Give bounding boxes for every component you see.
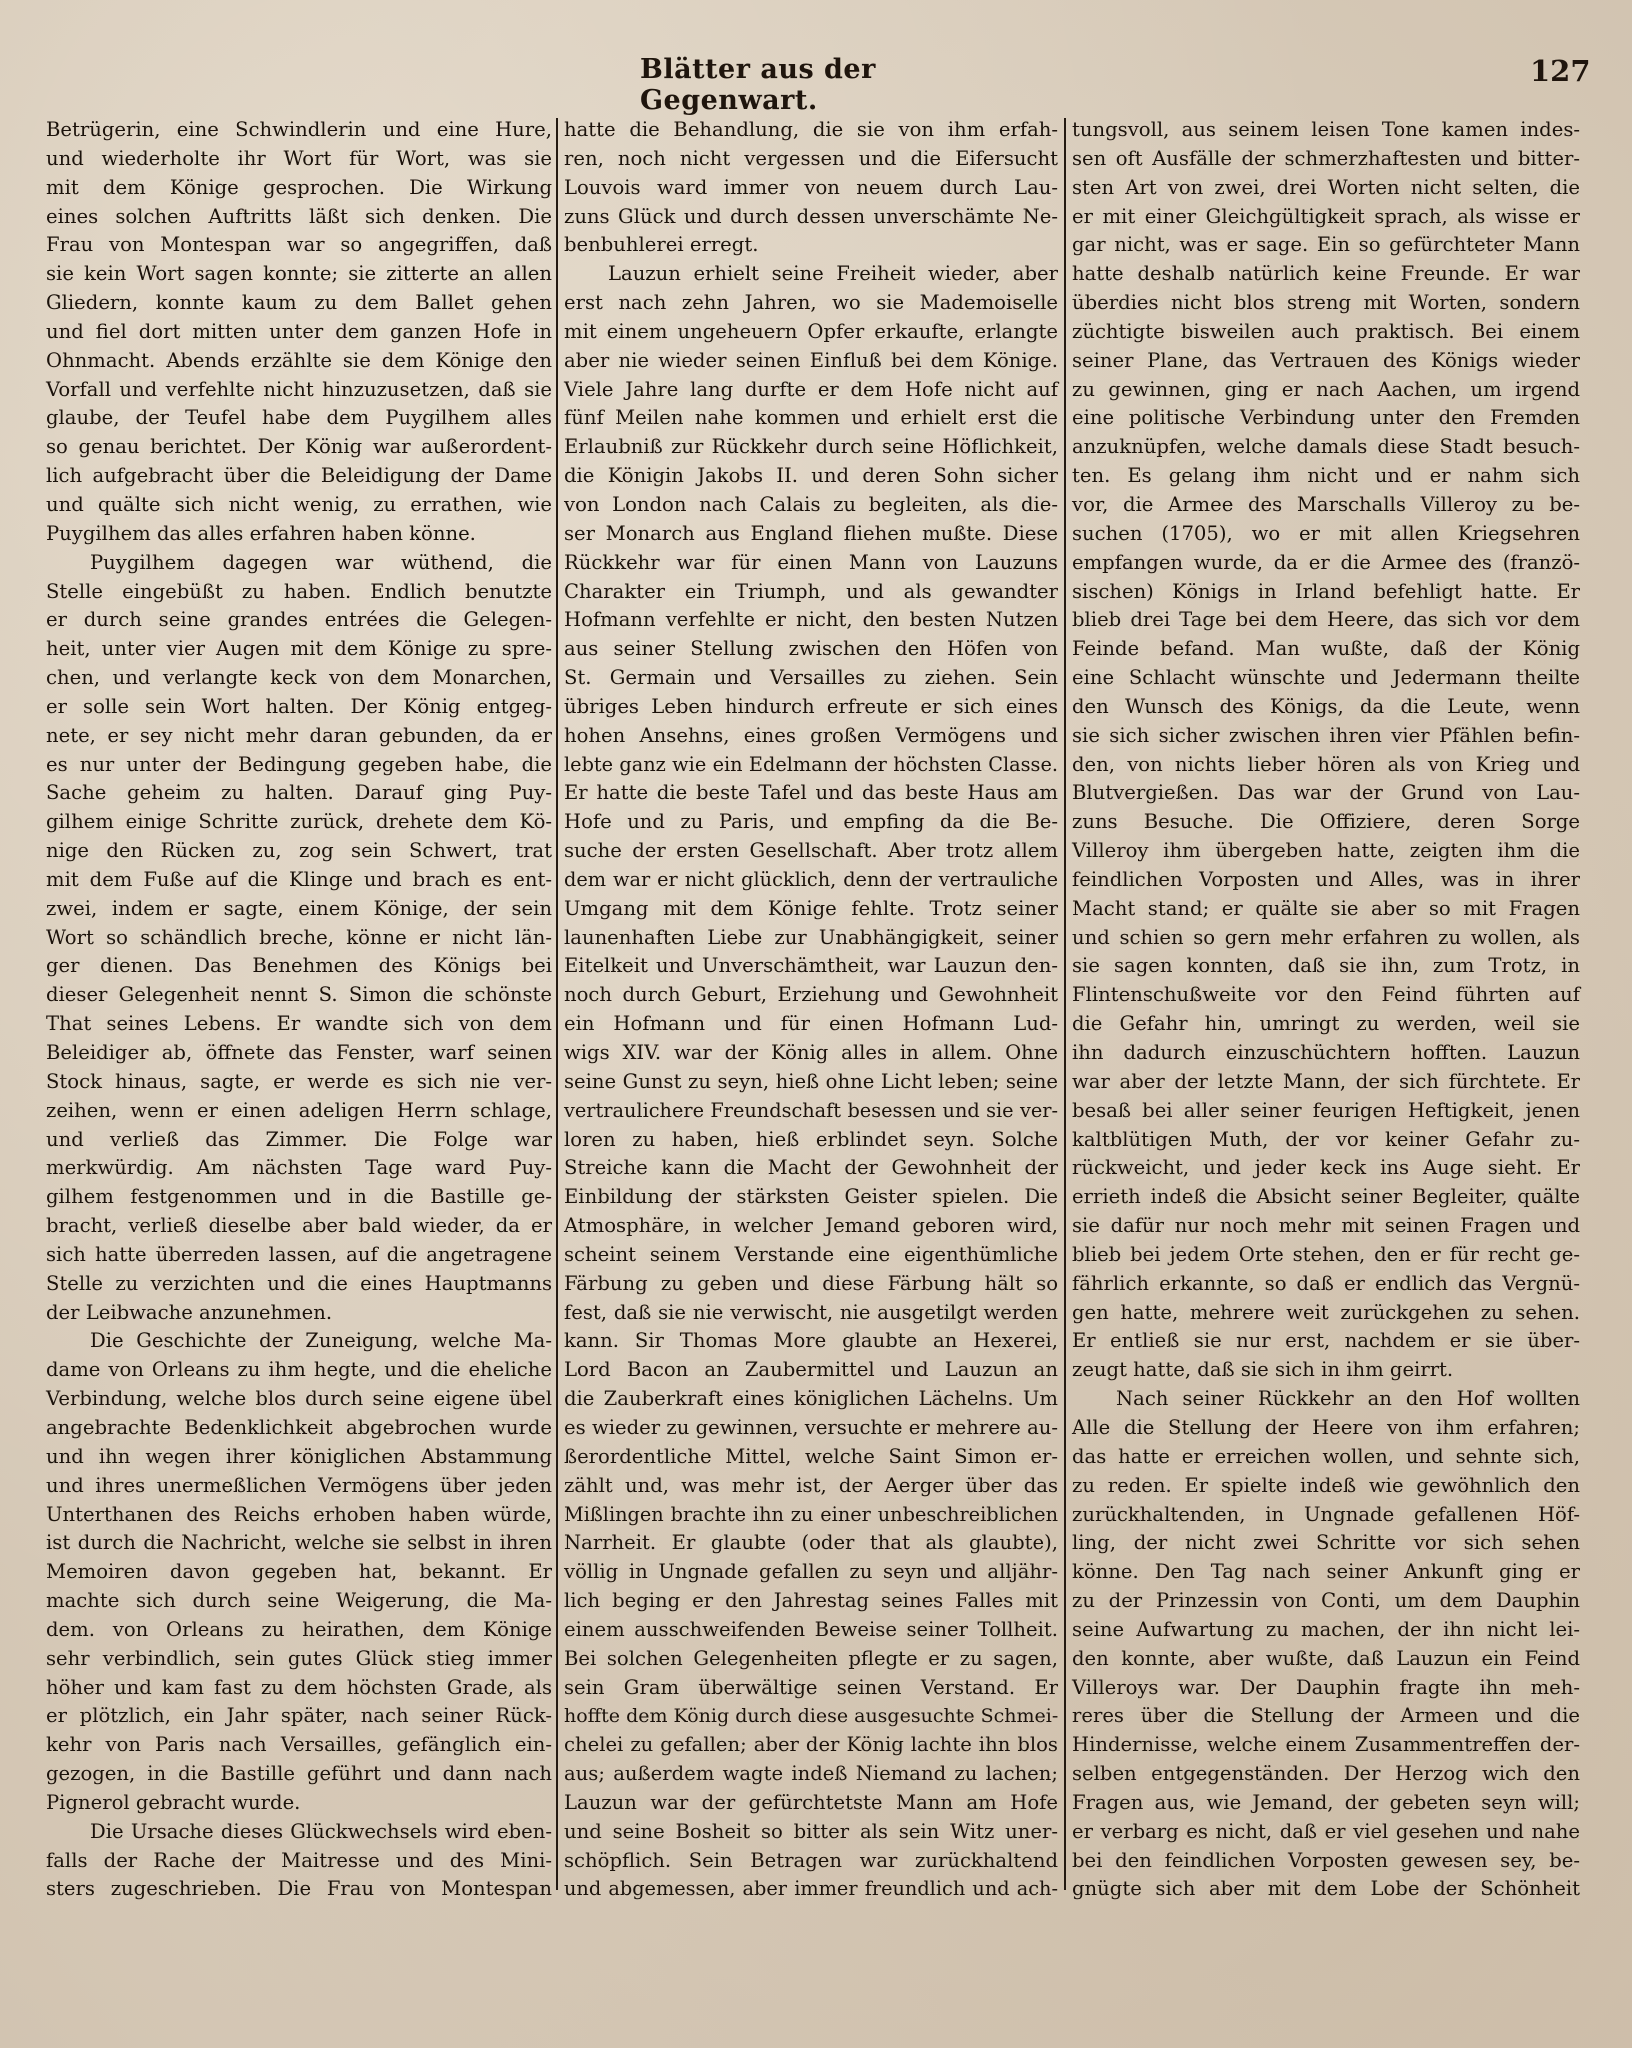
text-line: und quälte sich nicht wenig, zu errathen…: [46, 491, 552, 520]
text-line: hoffte dem König durch diese ausgesuchte…: [564, 1702, 1058, 1731]
text-line: Fragen aus, wie Jemand, der gebeten seyn…: [1072, 1789, 1580, 1818]
text-line: und abgemessen, aber immer freundlich un…: [564, 1875, 1058, 1904]
text-line: benbuhlerei erregt.: [564, 231, 1058, 260]
text-line: zeihen, wenn er einen adeligen Herrn sch…: [46, 1097, 552, 1126]
text-line: St. Germain und Versailles zu ziehen. Se…: [564, 664, 1058, 693]
text-line: aus seiner Stellung zwischen den Höfen v…: [564, 635, 1058, 664]
text-line: Stelle zu verzichten und die eines Haupt…: [46, 1270, 552, 1299]
text-line: ten. Es gelang ihm nicht und er nahm sic…: [1072, 462, 1580, 491]
text-line: glaube, der Teufel habe dem Puygilhem al…: [46, 404, 552, 433]
text-line: kann. Sir Thomas More glaubte an Hexerei…: [564, 1327, 1058, 1356]
text-line: höher und kam fast zu dem höchsten Grade…: [46, 1674, 552, 1703]
text-line: reres über die Stellung der Armeen und d…: [1072, 1702, 1580, 1731]
text-line: züchtigte bisweilen auch praktisch. Bei …: [1072, 318, 1580, 347]
text-line: Flintenschußweite vor den Feind führten …: [1072, 981, 1580, 1010]
column-rule-1: [556, 118, 558, 1890]
text-line: eine politische Verbindung unter den Fre…: [1072, 404, 1580, 433]
text-line: ßerordentliche Mittel, welche Saint Simo…: [564, 1443, 1058, 1472]
text-line: eine Schlacht wünschte und Jedermann the…: [1072, 664, 1580, 693]
text-line: ser Monarch aus England fliehen mußte. D…: [564, 520, 1058, 549]
text-line: errieth indeß die Absicht seiner Begleit…: [1072, 1183, 1580, 1212]
text-line: Lauzun war der gefürchtetste Mann am Hof…: [564, 1789, 1058, 1818]
text-line: war aber der letzte Mann, der sich fürch…: [1072, 1068, 1580, 1097]
text-line: heit, unter vier Augen mit dem Könige zu…: [46, 635, 552, 664]
text-line: ist durch die Nachricht, welche sie selb…: [46, 1529, 552, 1558]
text-line: die Gefahr hin, umringt zu werden, weil …: [1072, 1010, 1580, 1039]
text-line: Charakter ein Triumph, und als gewandter: [564, 578, 1058, 607]
text-line: chen, und verlangte keck von dem Monarch…: [46, 664, 552, 693]
text-line: wigs XIV. war der König alles in allem. …: [564, 1039, 1058, 1068]
text-column-2: hatte die Behandlung, die sie von ihm er…: [564, 116, 1058, 1904]
text-line: ein Hofmann und für einen Hofmann Lud-: [564, 1010, 1058, 1039]
text-line: chelei zu gefallen; aber der König lacht…: [564, 1731, 1058, 1760]
text-line: blieb bei jedem Orte stehen, den er für …: [1072, 1241, 1580, 1270]
text-line: sehr verbindlich, sein gutes Glück stieg…: [46, 1645, 552, 1674]
text-line: Blutvergießen. Das war der Grund von Lau…: [1072, 779, 1580, 808]
text-line: bracht, verließ dieselbe aber bald wiede…: [46, 1212, 552, 1241]
text-line: dieser Gelegenheit nennt S. Simon die sc…: [46, 981, 552, 1010]
text-line: Ohnmacht. Abends erzählte sie dem Könige…: [46, 347, 552, 376]
text-line: mit dem Fuße auf die Klinge und brach es…: [46, 866, 552, 895]
text-line: kaltblütigen Muth, der vor keiner Gefahr…: [1072, 1126, 1580, 1155]
text-line: bei den feindlichen Vorposten gewesen se…: [1072, 1847, 1580, 1876]
text-line: sters zugeschrieben. Die Frau von Montes…: [46, 1875, 552, 1904]
text-line: Memoiren davon gegeben hat, bekannt. Er: [46, 1558, 552, 1587]
text-line: er solle sein Wort halten. Der König ent…: [46, 693, 552, 722]
text-line: ren, noch nicht vergessen und die Eifers…: [564, 145, 1058, 174]
text-line: sie sagen konnten, daß sie ihn, zum Trot…: [1072, 952, 1580, 981]
text-line: Feinde befand. Man wußte, daß der König: [1072, 635, 1580, 664]
text-line: That seines Lebens. Er wandte sich von d…: [46, 1010, 552, 1039]
text-line: und fiel dort mitten unter dem ganzen Ho…: [46, 318, 552, 347]
text-line: Betrügerin, eine Schwindlerin und eine H…: [46, 116, 552, 145]
column-rule-2: [1064, 118, 1066, 1890]
text-line: Frau von Montespan war so angegriffen, d…: [46, 231, 552, 260]
text-line: hohen Ansehns, eines großen Vermögens un…: [564, 722, 1058, 751]
text-line: zu reden. Er spielte indeß wie gewöhnlic…: [1072, 1472, 1580, 1501]
text-line: die Königin Jakobs II. und deren Sohn si…: [564, 462, 1058, 491]
text-line: das hatte er erreichen wollen, und sehnt…: [1072, 1443, 1580, 1472]
text-line: Streiche kann die Macht der Gewohnheit d…: [564, 1154, 1058, 1183]
text-line: Atmosphäre, in welcher Jemand geboren wi…: [564, 1212, 1058, 1241]
text-line: übriges Leben hindurch erfreute er sich …: [564, 693, 1058, 722]
text-line: sein Gram überwältige seinen Verstand. E…: [564, 1674, 1058, 1703]
text-line: Umgang mit dem Könige fehlte. Trotz sein…: [564, 895, 1058, 924]
text-column-1: Betrügerin, eine Schwindlerin und eine H…: [46, 116, 552, 1904]
text-line: vor, die Armee des Marschalls Villeroy z…: [1072, 491, 1580, 520]
text-line: Lord Bacon an Zaubermittel und Lauzun an: [564, 1356, 1058, 1385]
text-line: sie sich sicher zwischen ihren vier Pfäh…: [1072, 722, 1580, 751]
text-line: rückweicht, und jeder keck ins Auge sieh…: [1072, 1154, 1580, 1183]
text-line: gilhem festgenommen und in die Bastille …: [46, 1183, 552, 1212]
text-line: er verbarg es nicht, daß er viel gesehen…: [1072, 1818, 1580, 1847]
text-line: es wieder zu gewinnen, versuchte er mehr…: [564, 1414, 1058, 1443]
text-line: Villeroys war. Der Dauphin fragte ihn me…: [1072, 1674, 1580, 1703]
text-line: den, von nichts lieber hören als von Kri…: [1072, 751, 1580, 780]
text-line: Färbung zu geben und diese Färbung hält …: [564, 1270, 1058, 1299]
text-line: Hofmann verfehlte er nicht, den besten N…: [564, 606, 1058, 635]
text-line: Rückkehr war für einen Mann von Lauzuns: [564, 549, 1058, 578]
text-line: es nur unter der Bedingung gegeben habe,…: [46, 751, 552, 780]
text-line: Vorfall und verfehlte nicht hinzuzusetze…: [46, 376, 552, 405]
book-page: Blätter aus der Gegenwart. 127 Betrügeri…: [0, 0, 1632, 2048]
text-line: Puygilhem das alles erfahren haben könne…: [46, 520, 552, 549]
text-line: könne. Den Tag nach seiner Ankunft ging …: [1072, 1558, 1580, 1587]
text-line: Erlaubniß zur Rückkehr durch seine Höfli…: [564, 433, 1058, 462]
text-line: dem. von Orleans zu heirathen, dem König…: [46, 1616, 552, 1645]
text-line: Alle die Stellung der Heere von ihm erfa…: [1072, 1414, 1580, 1443]
text-line: zu der Prinzessin von Conti, um dem Daup…: [1072, 1587, 1580, 1616]
text-line: seiner Plane, das Vertrauen des Königs w…: [1072, 347, 1580, 376]
text-line: scheint seinem Verstande eine eigenthüml…: [564, 1241, 1058, 1270]
text-line: ling, der nicht zwei Schritte vor sich s…: [1072, 1529, 1580, 1558]
text-line: einem ausschweifenden Beweise seiner Tol…: [564, 1616, 1058, 1645]
text-line: der Leibwache anzunehmen.: [46, 1299, 552, 1328]
text-line: den Wunsch des Königs, da die Leute, wen…: [1072, 693, 1580, 722]
text-line: zählt und, was mehr ist, der Aerger über…: [564, 1472, 1058, 1501]
text-line: launenhaften Liebe zur Unabhängigkeit, s…: [564, 924, 1058, 953]
text-line: Sache geheim zu halten. Darauf ging Puy-: [46, 779, 552, 808]
text-line: gar nicht, was er sage. Ein so gefürchte…: [1072, 231, 1580, 260]
text-line: und verließ das Zimmer. Die Folge war: [46, 1126, 552, 1155]
text-line: gnügte sich aber mit dem Lobe der Schönh…: [1072, 1875, 1580, 1904]
text-line: noch durch Geburt, Erziehung und Gewohnh…: [564, 981, 1058, 1010]
text-line: gilhem einige Schritte zurück, drehete d…: [46, 808, 552, 837]
text-line: Eitelkeit und Unverschämtheit, war Lauzu…: [564, 952, 1058, 981]
text-line: Verbindung, welche blos durch seine eige…: [46, 1385, 552, 1414]
text-line: anzuknüpfen, welche damals diese Stadt b…: [1072, 433, 1580, 462]
text-line: Narrheit. Er glaubte (oder that als glau…: [564, 1529, 1058, 1558]
text-line: schöpflich. Sein Betragen war zurückhalt…: [564, 1847, 1058, 1876]
text-line: lebte ganz wie ein Edelmann der höchsten…: [564, 751, 1058, 780]
text-line: machte sich durch seine Weigerung, die M…: [46, 1587, 552, 1616]
text-line: er durch seine grandes entrées die Geleg…: [46, 606, 552, 635]
text-line: Er entließ sie nur erst, nachdem er sie …: [1072, 1327, 1580, 1356]
running-title: Blätter aus der Gegenwart.: [640, 54, 1040, 116]
text-line: Puygilhem dagegen war wüthend, die: [46, 549, 552, 578]
text-line: lich aufgebracht über die Beleidigung de…: [46, 462, 552, 491]
text-line: sten Art von zwei, drei Worten nicht sel…: [1072, 174, 1580, 203]
text-line: suchen (1705), wo er mit allen Kriegsehr…: [1072, 520, 1580, 549]
text-line: merkwürdig. Am nächsten Tage ward Puy-: [46, 1154, 552, 1183]
text-line: Die Geschichte der Zuneigung, welche Ma-: [46, 1327, 552, 1356]
text-line: seine Aufwartung zu machen, der ihn nich…: [1072, 1616, 1580, 1645]
text-line: zeugt hatte, daß sie sich in ihm geirrt.: [1072, 1356, 1580, 1385]
text-line: Einbildung der stärksten Geister spielen…: [564, 1183, 1058, 1212]
text-line: Louvois ward immer von neuem durch Lau-: [564, 174, 1058, 203]
text-line: feindlichen Vorposten und Alles, was in …: [1072, 866, 1580, 895]
text-line: vertraulichere Freundschaft besessen und…: [564, 1097, 1058, 1126]
text-line: und ihn wegen ihrer königlichen Abstammu…: [46, 1443, 552, 1472]
text-line: hatte die Behandlung, die sie von ihm er…: [564, 116, 1058, 145]
text-line: von London nach Calais zu begleiten, als…: [564, 491, 1058, 520]
text-line: selben entgegenständen. Der Herzog wich …: [1072, 1760, 1580, 1789]
text-line: überdies nicht blos streng mit Worten, s…: [1072, 289, 1580, 318]
text-line: mit einem ungeheuern Opfer erkaufte, erl…: [564, 318, 1058, 347]
text-line: fest, daß sie nie verwischt, nie ausgeti…: [564, 1299, 1058, 1328]
text-line: falls der Rache der Maitresse und des Mi…: [46, 1847, 552, 1876]
text-line: sie kein Wort sagen konnte; sie zitterte…: [46, 260, 552, 289]
text-line: sischen) Königs in Irland befehligt hatt…: [1072, 578, 1580, 607]
text-line: mit dem Könige gesprochen. Die Wirkung: [46, 174, 552, 203]
text-line: aus; außerdem wagte indeß Niemand zu lac…: [564, 1760, 1058, 1789]
text-line: ihn dadurch einzuschüchtern hofften. Lau…: [1072, 1039, 1580, 1068]
text-line: nete, er sey nicht mehr daran gebunden, …: [46, 722, 552, 751]
text-line: sich hatte überreden lassen, auf die ang…: [46, 1241, 552, 1270]
text-line: und schien so gern mehr erfahren zu woll…: [1072, 924, 1580, 953]
text-line: Hindernisse, welche einem Zusammentreffe…: [1072, 1731, 1580, 1760]
text-line: Lauzun erhielt seine Freiheit wieder, ab…: [564, 260, 1058, 289]
text-line: Nach seiner Rückkehr an den Hof wollten: [1072, 1385, 1580, 1414]
text-line: fährlich erkannte, so daß er endlich das…: [1072, 1270, 1580, 1299]
text-line: seine Gunst zu seyn, hieß ohne Licht leb…: [564, 1068, 1058, 1097]
text-line: gen hatte, mehrere weit zurückgehen zu s…: [1072, 1299, 1580, 1328]
text-line: loren zu haben, hieß erblindet seyn. Sol…: [564, 1126, 1058, 1155]
text-line: zuns Besuche. Die Offiziere, deren Sorge: [1072, 808, 1580, 837]
text-line: zwei, indem er sagte, einem Könige, der …: [46, 895, 552, 924]
text-line: Er hatte die beste Tafel und das beste H…: [564, 779, 1058, 808]
text-line: Beleidiger ab, öffnete das Fenster, warf…: [46, 1039, 552, 1068]
text-line: Mißlingen brachte ihn zu einer unbeschre…: [564, 1501, 1058, 1530]
text-line: Die Ursache dieses Glückwechsels wird eb…: [46, 1818, 552, 1847]
text-line: so genau berichtet. Der König war außero…: [46, 433, 552, 462]
text-line: und ihres unermeßlichen Vermögens über j…: [46, 1472, 552, 1501]
text-line: Villeroy ihm übergeben hatte, zeigten ih…: [1072, 837, 1580, 866]
text-line: kehr von Paris nach Versailles, gefängli…: [46, 1731, 552, 1760]
text-line: er mit einer Gleichgültigkeit sprach, al…: [1072, 203, 1580, 232]
text-line: angebrachte Bedenklichkeit abgebrochen w…: [46, 1414, 552, 1443]
text-line: sen oft Ausfälle der schmerzhaftesten un…: [1072, 145, 1580, 174]
text-line: suche der ersten Gesellschaft. Aber trot…: [564, 837, 1058, 866]
text-line: dame von Orleans zu ihm hegte, und die e…: [46, 1356, 552, 1385]
text-line: lich beging er den Jahrestag seines Fall…: [564, 1587, 1058, 1616]
text-line: Unterthanen des Reichs erhoben haben wür…: [46, 1501, 552, 1530]
text-line: tungsvoll, aus seinem leisen Tone kamen …: [1072, 116, 1580, 145]
text-line: völlig in Ungnade gefallen zu seyn und a…: [564, 1558, 1058, 1587]
text-line: fünf Meilen nahe kommen und erhielt erst…: [564, 404, 1058, 433]
text-line: Viele Jahre lang durfte er dem Hofe nich…: [564, 376, 1058, 405]
text-line: nige den Rücken zu, zog sein Schwert, tr…: [46, 837, 552, 866]
text-line: zuns Glück und durch dessen unverschämte…: [564, 203, 1058, 232]
text-line: hatte deshalb natürlich keine Freunde. E…: [1072, 260, 1580, 289]
text-line: Hofe und zu Paris, und empfing da die Be…: [564, 808, 1058, 837]
text-line: Bei solchen Gelegenheiten pflegte er zu …: [564, 1645, 1058, 1674]
text-line: Gliedern, konnte kaum zu dem Ballet gehe…: [46, 289, 552, 318]
text-line: aber nie wieder seinen Einfluß bei dem K…: [564, 347, 1058, 376]
text-line: Stelle eingebüßt zu haben. Endlich benut…: [46, 578, 552, 607]
text-line: gezogen, in die Bastille geführt und dan…: [46, 1760, 552, 1789]
text-line: empfangen wurde, da er die Armee des (fr…: [1072, 549, 1580, 578]
text-line: blieb drei Tage bei dem Heere, das sich …: [1072, 606, 1580, 635]
text-line: den konnte, aber wußte, daß Lauzun ein F…: [1072, 1645, 1580, 1674]
text-line: zurückhaltenden, in Ungnade gefallenen H…: [1072, 1501, 1580, 1530]
text-columns: Betrügerin, eine Schwindlerin und eine H…: [46, 116, 1586, 1936]
text-line: und wiederholte ihr Wort für Wort, was s…: [46, 145, 552, 174]
page-number: 127: [1530, 54, 1591, 88]
text-line: Stock hinaus, sagte, er werde es sich ni…: [46, 1068, 552, 1097]
running-head: Blätter aus der Gegenwart. 127: [0, 54, 1632, 94]
text-line: Macht stand; er quälte sie aber so mit F…: [1072, 895, 1580, 924]
text-line: er plötzlich, ein Jahr später, nach sein…: [46, 1702, 552, 1731]
text-line: Wort so schändlich breche, könne er nich…: [46, 924, 552, 953]
text-line: eines solchen Auftritts läßt sich denken…: [46, 203, 552, 232]
text-line: besaß bei aller seiner feurigen Heftigke…: [1072, 1097, 1580, 1126]
text-line: die Zauberkraft eines königlichen Lächel…: [564, 1385, 1058, 1414]
text-line: ger dienen. Das Benehmen des Königs bei: [46, 952, 552, 981]
text-line: zu gewinnen, ging er nach Aachen, um irg…: [1072, 376, 1580, 405]
text-column-3: tungsvoll, aus seinem leisen Tone kamen …: [1072, 116, 1580, 1904]
text-line: Pignerol gebracht wurde.: [46, 1789, 552, 1818]
text-line: sie dafür nur noch mehr mit seinen Frage…: [1072, 1212, 1580, 1241]
text-line: erst nach zehn Jahren, wo sie Mademoisel…: [564, 289, 1058, 318]
text-line: dem war er nicht glücklich, denn der ver…: [564, 866, 1058, 895]
text-line: und seine Bosheit so bitter als sein Wit…: [564, 1818, 1058, 1847]
